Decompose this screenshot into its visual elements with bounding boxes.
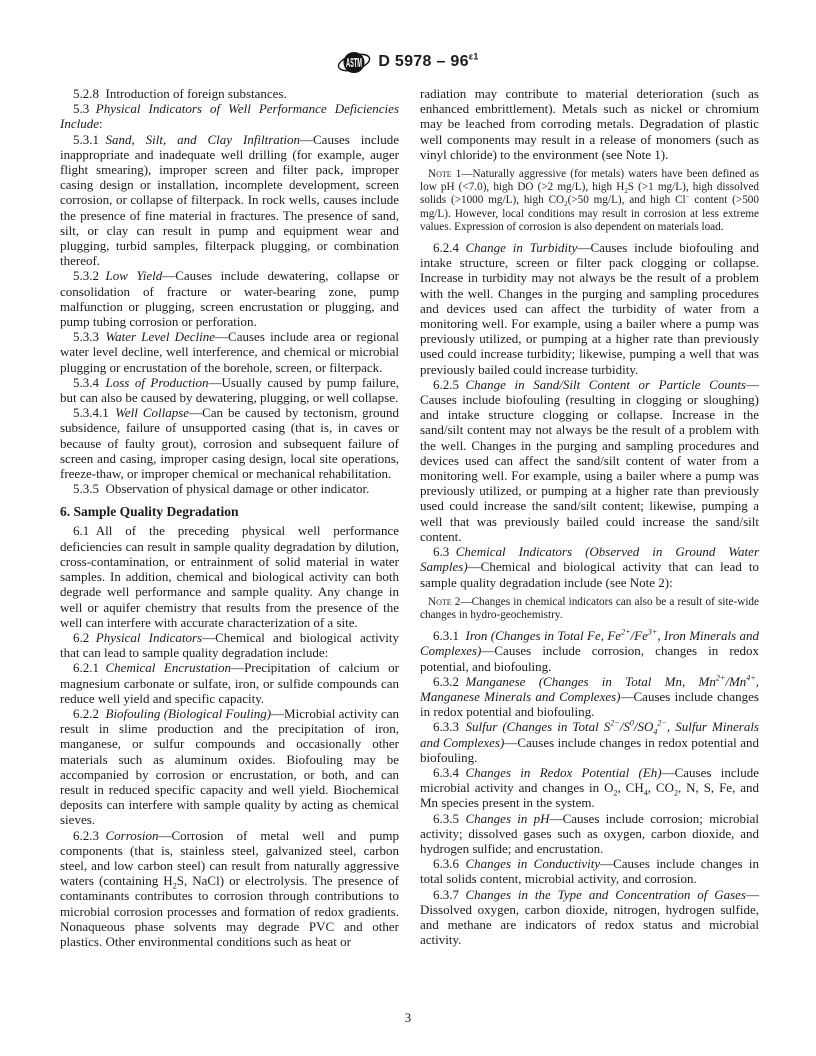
designation-text: D 5978 – 96 bbox=[378, 53, 468, 70]
paragraph: 6.2 Physical Indicators—Chemical and bio… bbox=[60, 630, 399, 660]
page-header: ASTM D 5978 – 96ε1 bbox=[0, 46, 816, 78]
standard-designation: D 5978 – 96ε1 bbox=[378, 53, 478, 71]
paragraph: 6.3.2 Manganese (Changes in Total Mn, Mn… bbox=[420, 674, 759, 720]
paragraph: 5.3.1 Sand, Silt, and Clay Infiltration—… bbox=[60, 132, 399, 269]
paragraph: 6.2.1 Chemical Encrustation—Precipitatio… bbox=[60, 660, 399, 706]
paragraph: 6.2.4 Change in Turbidity—Causes include… bbox=[420, 240, 759, 377]
section-heading: 6. Sample Quality Degradation bbox=[60, 504, 399, 520]
astm-logo-text: ASTM bbox=[346, 56, 362, 70]
note-paragraph: Note 2—Changes in chemical indicators ca… bbox=[420, 596, 759, 622]
note-paragraph: Note 1—Naturally aggressive (for metals)… bbox=[420, 168, 759, 234]
two-column-body: 5.2.8 Introduction of foreign substances… bbox=[60, 86, 759, 949]
paragraph: 6.3 Chemical Indicators (Observed in Gro… bbox=[420, 544, 759, 590]
paragraph: 5.3 Physical Indicators of Well Performa… bbox=[60, 101, 399, 131]
paragraph: 5.3.4.1 Well Collapse—Can be caused by t… bbox=[60, 405, 399, 481]
astm-logo-icon: ASTM bbox=[337, 49, 371, 76]
paragraph: radiation may contribute to material det… bbox=[420, 86, 759, 162]
paragraph: 5.3.5 Observation of physical damage or … bbox=[60, 481, 399, 496]
paragraph: 5.2.8 Introduction of foreign substances… bbox=[60, 86, 399, 101]
paragraph: 5.3.4 Loss of Production—Usually caused … bbox=[60, 375, 399, 405]
paragraph: 6.3.7 Changes in the Type and Concentrat… bbox=[420, 887, 759, 948]
paragraph: 6.3.6 Changes in Conductivity—Causes inc… bbox=[420, 856, 759, 886]
paragraph: 6.3.1 Iron (Changes in Total Fe, Fe2+/Fe… bbox=[420, 628, 759, 674]
paragraph: 6.2.5 Change in Sand/Silt Content or Par… bbox=[420, 377, 759, 544]
paragraph: 6.2.2 Biofouling (Biological Fouling)—Mi… bbox=[60, 706, 399, 828]
paragraph: 6.2.3 Corrosion—Corrosion of metal well … bbox=[60, 828, 399, 950]
paragraph: 6.3.5 Changes in pH—Causes include corro… bbox=[420, 811, 759, 857]
paragraph: 6.3.3 Sulfur (Changes in Total S2−/S0/SO… bbox=[420, 719, 759, 765]
paragraph: 6.1 All of the preceding physical well p… bbox=[60, 523, 399, 629]
paragraph: 6.3.4 Changes in Redox Potential (Eh)—Ca… bbox=[420, 765, 759, 811]
paragraph: 5.3.3 Water Level Decline—Causes include… bbox=[60, 329, 399, 375]
page-number: 3 bbox=[405, 1011, 411, 1025]
page-footer: 3 bbox=[0, 1011, 816, 1026]
designation-superscript: ε1 bbox=[469, 52, 479, 62]
paragraph: 5.3.2 Low Yield—Causes include dewaterin… bbox=[60, 268, 399, 329]
document-page: ASTM D 5978 – 96ε1 5.2.8 Introduction of… bbox=[0, 0, 816, 1056]
left-column: 5.2.8 Introduction of foreign substances… bbox=[60, 86, 399, 949]
right-column: radiation may contribute to material det… bbox=[420, 86, 759, 949]
